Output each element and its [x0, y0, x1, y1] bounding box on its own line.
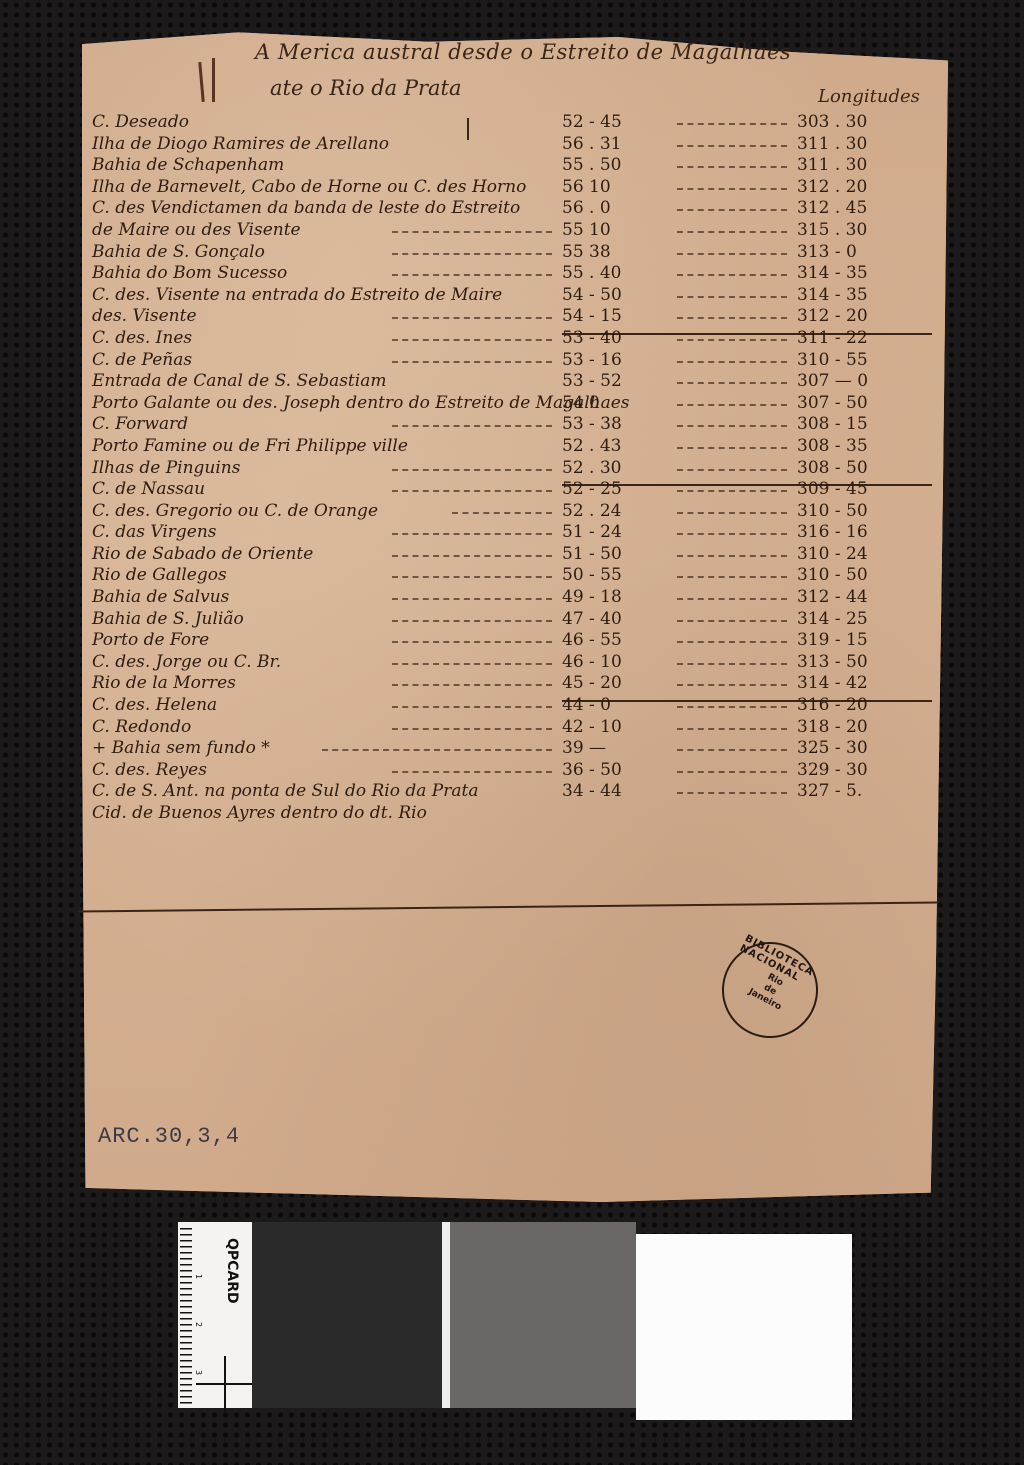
longitude: 316 - 20 — [797, 695, 868, 715]
place-name: C. de Peñas — [92, 350, 192, 370]
leader-dash — [677, 123, 787, 125]
document-subtitle: ate o Rio da Prata — [270, 76, 462, 100]
place-name: C. Redondo — [92, 717, 191, 737]
longitude: 311 . 30 — [797, 134, 867, 154]
place-name: C. des Vendictamen da banda de leste do … — [92, 198, 520, 218]
place-name: Bahia de S. Gonçalo — [92, 242, 265, 262]
table-row: Ilha de Barnevelt, Cabo de Horne ou C. d… — [92, 177, 932, 199]
longitude: 315 . 30 — [797, 220, 867, 240]
leader-dash — [677, 317, 787, 319]
table-row: C. Deseado52 - 45303 . 30 — [92, 112, 932, 134]
leader-dash — [392, 361, 552, 363]
longitude: 309 - 45 — [797, 479, 868, 499]
latitude: 52 . 30 — [562, 458, 621, 478]
table-row: C. Forward53 - 38308 - 15 — [92, 414, 932, 436]
latitude: 34 - 44 — [562, 781, 622, 801]
table-row: C. de Peñas53 - 16310 - 55 — [92, 350, 932, 372]
table-row: C. des. Visente na entrada do Estreito d… — [92, 285, 932, 307]
table-row: Bahia de Salvus49 - 18312 - 44 — [92, 587, 932, 609]
latitude: 36 - 50 — [562, 760, 622, 780]
longitude: 303 . 30 — [797, 112, 867, 132]
latitude: 53 - 40 — [562, 328, 622, 348]
ruler-number: 2 — [194, 1322, 203, 1327]
leader-dash — [677, 555, 787, 557]
place-name: Rio de Gallegos — [92, 565, 227, 585]
place-name: des. Visente — [92, 306, 197, 326]
leader-dash — [392, 339, 552, 341]
latitude: 56 . 0 — [562, 198, 611, 218]
latitude: 55 10 — [562, 220, 611, 240]
leader-dash — [677, 296, 787, 298]
table-row: Cid. de Buenos Ayres dentro do dt. Rio — [92, 803, 932, 825]
leader-dash — [677, 469, 787, 471]
leader-dash — [392, 706, 552, 708]
longitude: 318 - 20 — [797, 717, 868, 737]
coordinates-table: C. Deseado52 - 45303 . 30 Ilha de Diogo … — [92, 112, 932, 825]
table-row: C. Redondo42 - 10318 - 20 — [92, 717, 932, 739]
leader-dash — [677, 728, 787, 730]
table-row: des. Visente54 - 15312 - 20 — [92, 306, 932, 328]
leader-dash — [392, 598, 552, 600]
leader-dash — [677, 253, 787, 255]
place-name: C. das Virgens — [92, 522, 217, 542]
latitude: 52 . 24 — [562, 501, 621, 521]
latitude: 47 - 40 — [562, 609, 622, 629]
leader-dash — [392, 728, 552, 730]
latitude: 56 . 31 — [562, 134, 621, 154]
latitude: 49 - 18 — [562, 587, 622, 607]
latitude: 46 - 55 — [562, 630, 622, 650]
longitude: 319 - 15 — [797, 630, 868, 650]
leader-dash — [677, 404, 787, 406]
leader-dash — [677, 145, 787, 147]
leader-dash — [677, 641, 787, 643]
longitude: 311 . 30 — [797, 155, 867, 175]
ruler-ticks — [180, 1228, 192, 1404]
table-row: Rio de Gallegos50 - 55310 - 50 — [92, 565, 932, 587]
leader-dash — [677, 231, 787, 233]
latitude: 53 - 16 — [562, 350, 622, 370]
leader-dash — [392, 533, 552, 535]
place-name: Bahia de Salvus — [92, 587, 229, 607]
place-name: C. des. Ines — [92, 328, 192, 348]
place-name: Porto de Fore — [92, 630, 209, 650]
shelf-mark: ARC.30,3,4 — [98, 1124, 240, 1149]
latitude: 56 10 — [562, 177, 611, 197]
longitude: 307 — 0 — [797, 371, 868, 391]
longitude: 314 - 35 — [797, 263, 868, 283]
longitude: 308 - 15 — [797, 414, 868, 434]
place-name: C. des. Jorge ou C. Br. — [92, 652, 281, 672]
ruler-number: 3 — [194, 1370, 203, 1375]
leader-dash — [677, 382, 787, 384]
longitude: 310 - 55 — [797, 350, 868, 370]
latitude: 52 - 25 — [562, 479, 622, 499]
latitude: 39 — — [562, 738, 606, 758]
place-name: C. des. Visente na entrada do Estreito d… — [92, 285, 502, 305]
place-name: C. des. Gregorio ou C. de Orange — [92, 501, 378, 521]
leader-dash — [677, 512, 787, 514]
longitude: 327 - 5. — [797, 781, 862, 801]
latitude: 55 . 40 — [562, 263, 621, 283]
latitude: 54 - 50 — [562, 285, 622, 305]
place-name: C. des. Helena — [92, 695, 217, 715]
table-row: de Maire ou des Visente55 10315 . 30 — [92, 220, 932, 242]
leader-dash — [392, 771, 552, 773]
longitude: 316 - 16 — [797, 522, 868, 542]
black-swatch — [252, 1222, 442, 1408]
leader-dash — [392, 663, 552, 665]
latitude: 54 - 15 — [562, 306, 622, 326]
place-name: Entrada de Canal de S. Sebastiam — [92, 371, 386, 391]
longitude: 329 - 30 — [797, 760, 868, 780]
leader-dash — [452, 512, 552, 514]
longitude: 312 - 20 — [797, 306, 868, 326]
leader-dash — [392, 490, 552, 492]
latitude: 45 - 20 — [562, 673, 622, 693]
table-row: C. des. Gregorio ou C. de Orange52 . 243… — [92, 501, 932, 523]
leader-dash — [392, 253, 552, 255]
table-row: C. des. Helena44 - 0316 - 20 — [92, 695, 932, 717]
table-row: C. des. Ines53 - 40311 - 22 — [92, 328, 932, 350]
table-row: Bahia de S. Gonçalo55 38313 - 0 — [92, 242, 932, 264]
longitude: 325 - 30 — [797, 738, 868, 758]
leader-dash — [392, 620, 552, 622]
longitude: 312 . 45 — [797, 198, 867, 218]
place-name: + Bahia sem fundo * — [92, 738, 270, 758]
longitude: 312 - 44 — [797, 587, 868, 607]
leader-dash — [677, 684, 787, 686]
place-name: C. de Nassau — [92, 479, 205, 499]
leader-dash — [392, 231, 552, 233]
latitude: 42 - 10 — [562, 717, 622, 737]
longitude: 308 - 35 — [797, 436, 868, 456]
longitude: 312 . 20 — [797, 177, 867, 197]
longitude: 307 - 50 — [797, 393, 868, 413]
latitude: 50 - 55 — [562, 565, 622, 585]
crosshair-icon — [196, 1383, 252, 1385]
latitude: 52 . 43 — [562, 436, 621, 456]
longitude: 310 - 24 — [797, 544, 868, 564]
latitude: 44 - 0 — [562, 695, 611, 715]
table-row: Porto Famine ou de Fri Philippe ville52 … — [92, 436, 932, 458]
white-swatch — [636, 1234, 852, 1420]
leader-dash — [677, 166, 787, 168]
ruler-number: 1 — [194, 1274, 203, 1279]
gray-swatch — [450, 1222, 636, 1408]
place-name: de Maire ou des Visente — [92, 220, 301, 240]
leader-dash — [677, 533, 787, 535]
leader-dash — [392, 555, 552, 557]
latitude: 55 . 50 — [562, 155, 621, 175]
longitude: 311 - 22 — [797, 328, 868, 348]
longitude-column-header: Longitudes — [818, 86, 920, 107]
place-name: Bahia de S. Julião — [92, 609, 244, 629]
latitude: 51 - 50 — [562, 544, 622, 564]
latitude: 55 38 — [562, 242, 611, 262]
table-row: C. de S. Ant. na ponta de Sul do Rio da … — [92, 781, 932, 803]
table-row: C. des. Reyes36 - 50329 - 30 — [92, 760, 932, 782]
latitude: 51 - 24 — [562, 522, 622, 542]
swatch-divider — [442, 1222, 450, 1408]
table-row: Bahia de Schapenham55 . 50311 . 30 — [92, 155, 932, 177]
longitude: 314 - 35 — [797, 285, 868, 305]
table-row: Rio de la Morres45 - 20314 - 42 — [92, 673, 932, 695]
leader-dash — [677, 620, 787, 622]
table-row: Ilhas de Pinguins52 . 30308 - 50 — [92, 458, 932, 480]
leader-dash — [392, 576, 552, 578]
longitude: 310 - 50 — [797, 501, 868, 521]
place-name: Ilha de Diogo Ramires de Arellano — [92, 134, 389, 154]
leader-dash — [677, 598, 787, 600]
table-row: C. des. Jorge ou C. Br.46 - 10313 - 50 — [92, 652, 932, 674]
ink-mark — [212, 58, 215, 102]
leader-dash — [677, 339, 787, 341]
place-name: Porto Galante ou des. Joseph dentro do E… — [92, 393, 630, 413]
leader-dash — [392, 274, 552, 276]
leader-dash — [392, 425, 552, 427]
color-calibration-card: QPCARD 1 2 3 — [178, 1222, 636, 1408]
place-name: Rio de Sabado de Oriente — [92, 544, 313, 564]
leader-dash — [677, 792, 787, 794]
leader-dash — [677, 361, 787, 363]
place-name: Ilhas de Pinguins — [92, 458, 240, 478]
leader-dash — [392, 469, 552, 471]
longitude: 314 - 42 — [797, 673, 868, 693]
longitude: 314 - 25 — [797, 609, 868, 629]
table-row: Ilha de Diogo Ramires de Arellano56 . 31… — [92, 134, 932, 156]
latitude: 53 - 52 — [562, 371, 622, 391]
longitude: 313 - 0 — [797, 242, 857, 262]
latitude: 52 - 45 — [562, 112, 622, 132]
table-row: C. de Nassau52 - 25309 - 45 — [92, 479, 932, 501]
latitude: 54 0 — [562, 393, 600, 413]
table-row: Entrada de Canal de S. Sebastiam53 - 523… — [92, 371, 932, 393]
card-brand-label: QPCARD — [224, 1238, 240, 1304]
leader-dash — [677, 209, 787, 211]
longitude: 308 - 50 — [797, 458, 868, 478]
place-name: Ilha de Barnevelt, Cabo de Horne ou C. d… — [92, 177, 526, 197]
leader-dash — [677, 663, 787, 665]
table-row: C. des Vendictamen da banda de leste do … — [92, 198, 932, 220]
leader-dash — [677, 490, 787, 492]
leader-dash — [677, 425, 787, 427]
table-row: Porto de Fore46 - 55319 - 15 — [92, 630, 932, 652]
document-title: A Merica austral desde o Estreito de Mag… — [255, 40, 791, 64]
place-name: Porto Famine ou de Fri Philippe ville — [92, 436, 408, 456]
leader-dash — [677, 706, 787, 708]
longitude: 313 - 50 — [797, 652, 868, 672]
card-ruler: QPCARD 1 2 3 — [178, 1222, 252, 1408]
place-name: Bahia de Schapenham — [92, 155, 284, 175]
table-row: C. das Virgens51 - 24316 - 16 — [92, 522, 932, 544]
latitude: 46 - 10 — [562, 652, 622, 672]
table-row: + Bahia sem fundo *39 —325 - 30 — [92, 738, 932, 760]
place-name: C. Forward — [92, 414, 188, 434]
leader-dash — [677, 771, 787, 773]
place-name: C. de S. Ant. na ponta de Sul do Rio da … — [92, 781, 478, 801]
place-name: C. Deseado — [92, 112, 189, 132]
place-name: Bahia do Bom Sucesso — [92, 263, 287, 283]
leader-dash — [392, 641, 552, 643]
place-name: Rio de la Morres — [92, 673, 236, 693]
leader-dash — [392, 317, 552, 319]
latitude: 53 - 38 — [562, 414, 622, 434]
leader-dash — [322, 749, 552, 751]
leader-dash — [677, 576, 787, 578]
leader-dash — [392, 684, 552, 686]
leader-dash — [677, 447, 787, 449]
table-row: Rio de Sabado de Oriente51 - 50310 - 24 — [92, 544, 932, 566]
leader-dash — [677, 188, 787, 190]
leader-dash — [677, 274, 787, 276]
place-name: Cid. de Buenos Ayres dentro do dt. Rio — [92, 803, 427, 823]
table-row: Porto Galante ou des. Joseph dentro do E… — [92, 393, 932, 415]
place-name: C. des. Reyes — [92, 760, 207, 780]
longitude: 310 - 50 — [797, 565, 868, 585]
table-row: Bahia de S. Julião47 - 40314 - 25 — [92, 609, 932, 631]
table-row: Bahia do Bom Sucesso55 . 40314 - 35 — [92, 263, 932, 285]
leader-dash — [677, 749, 787, 751]
